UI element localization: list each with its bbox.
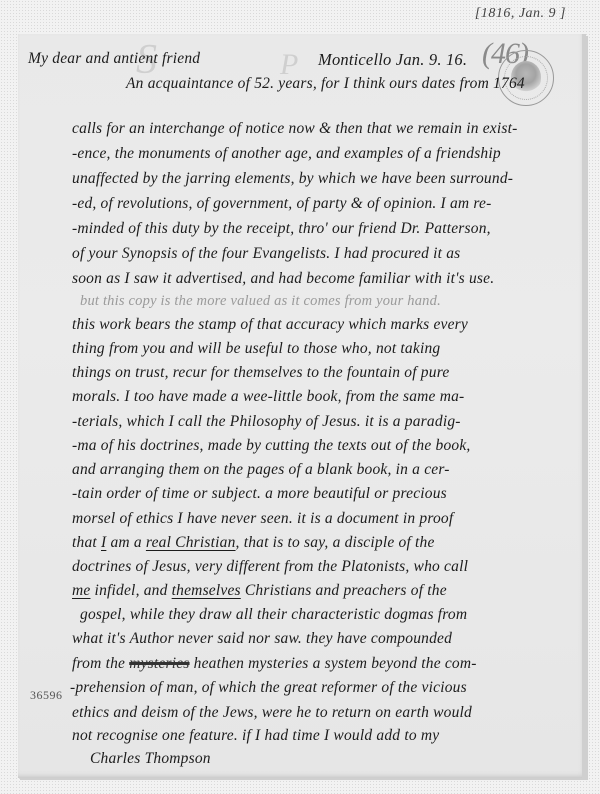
letter-line: doctrines of Jesus, very different from … [72,558,468,576]
letter-line: -ma of his doctrines, made by cutting th… [72,437,471,455]
letter-line: not recognise one feature. if I had time… [72,727,439,745]
letter-line: morsel of ethics I have never seen. it i… [72,510,453,528]
letter-line: gospel, while they draw all their charac… [80,606,467,624]
letter-line: this work bears the stamp of that accura… [72,316,468,334]
letter-line: An acquaintance of 52. years, for I thin… [126,75,525,93]
addressee: Charles Thompson [90,750,211,768]
underlined-text: me [72,582,90,599]
text: , that is to say, a disciple of the [236,534,435,551]
letter-line: -prehension of man, of which the great r… [70,679,467,697]
text: from the [72,655,129,672]
letter-line: -terials, which I call the Philosophy of… [72,413,461,431]
struck-text: mysteries [129,655,189,672]
letter-line: morals. I too have made a wee-little boo… [72,388,464,406]
letter-line: that I am a real Christian, that is to s… [72,534,435,552]
letter-line: what it's Author never said nor saw. the… [72,630,452,648]
letter-line: -tain order of time or subject. a more b… [72,485,447,503]
letter-line-faint: but this copy is the more valued as it c… [80,293,441,310]
letter-line: -minded of this duty by the receipt, thr… [72,220,491,238]
text: Christians and preachers of the [241,582,447,599]
text: am a [106,534,146,551]
letter-line: and arranging them on the pages of a bla… [72,461,450,479]
archival-margin-number: 36596 [30,688,63,703]
letter-line: thing from you and will be useful to tho… [72,340,440,358]
letter-line: me infidel, and themselves Christians an… [72,582,447,600]
text: heathen mysteries a system beyond the co… [190,655,477,672]
letter-line: unaffected by the jarring elements, by w… [72,170,513,188]
underlined-text: themselves [172,582,241,599]
archival-date-annotation: [1816, Jan. 9 ] [475,6,566,22]
text: that [72,534,101,551]
letter-line: calls for an interchange of notice now &… [72,120,518,138]
letter-line: of your Synopsis of the four Evangelists… [72,245,460,263]
letter-line: ethics and deism of the Jews, were he to… [72,704,472,722]
salutation: My dear and antient friend [28,50,200,68]
letter-line: things on trust, recur for themselves to… [72,364,449,382]
letter-line: from the mysteries heathen mysteries a s… [72,655,477,673]
underlined-text: real Christian [146,534,236,551]
letter-line: -ed, of revolutions, of government, of p… [72,195,492,213]
letter-line: soon as I saw it advertised, and had bec… [72,270,494,288]
text: infidel, and [90,582,171,599]
place-date: Monticello Jan. 9. 16. [318,50,467,70]
letter-line: -ence, the monuments of another age, and… [72,145,501,163]
